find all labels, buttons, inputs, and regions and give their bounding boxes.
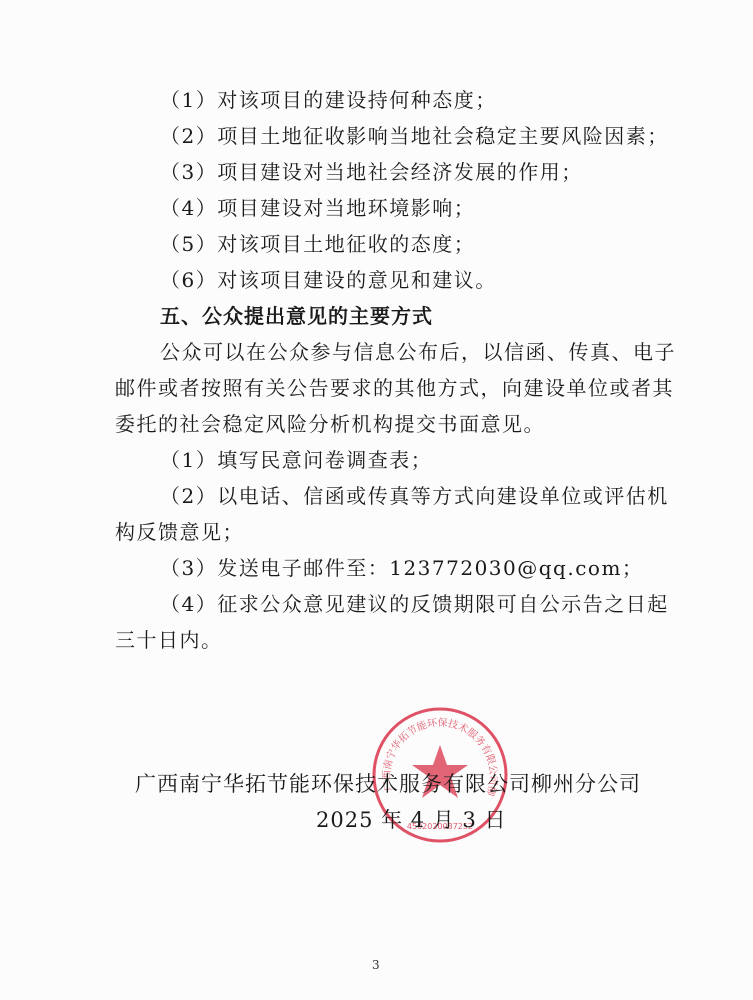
list-item: （4）项目建设对当地环境影响；	[160, 196, 475, 220]
method-item-continuation: 构反馈意见；	[115, 520, 244, 544]
list-item: （2）项目土地征收影响当地社会稳定主要风险因素；	[160, 124, 669, 148]
method-item-continuation: 三十日内。	[115, 628, 223, 652]
section-heading: 五、公众提出意见的主要方式	[160, 304, 433, 328]
list-item: （3）项目建设对当地社会经济发展的作用；	[160, 160, 583, 184]
method-item-email: （3）发送电子邮件至：123772030@qq.com；	[160, 556, 643, 580]
paragraph-line: 委托的社会稳定风险分析机构提交书面意见。	[115, 412, 545, 436]
signature-organization: 广西南宁华拓节能环保技术服务有限公司柳州分公司	[135, 772, 641, 796]
list-item: （1）对该项目的建设持何种态度；	[160, 88, 497, 112]
method-item: （1）填写民意问卷调查表；	[160, 448, 432, 472]
method-item: （2）以电话、信函或传真等方式向建设单位或评估机	[160, 484, 669, 508]
paragraph-line: 邮件或者按照有关公告要求的其他方式，向建设单位或者其	[115, 376, 674, 400]
page-number: 3	[372, 958, 380, 972]
signature-date: 2025 年 4 月 3 日	[316, 808, 507, 832]
list-item: （6）对该项目建设的意见和建议。	[160, 268, 497, 292]
method-item: （4）征求公众意见建议的反馈期限可自公示告之日起	[160, 592, 669, 616]
paragraph-line: 公众可以在公众参与信息公布后，以信函、传真、电子	[160, 340, 676, 364]
list-item: （5）对该项目土地征收的态度；	[160, 232, 475, 256]
document-page: （1）对该项目的建设持何种态度； （2）项目土地征收影响当地社会稳定主要风险因素…	[0, 0, 753, 1000]
